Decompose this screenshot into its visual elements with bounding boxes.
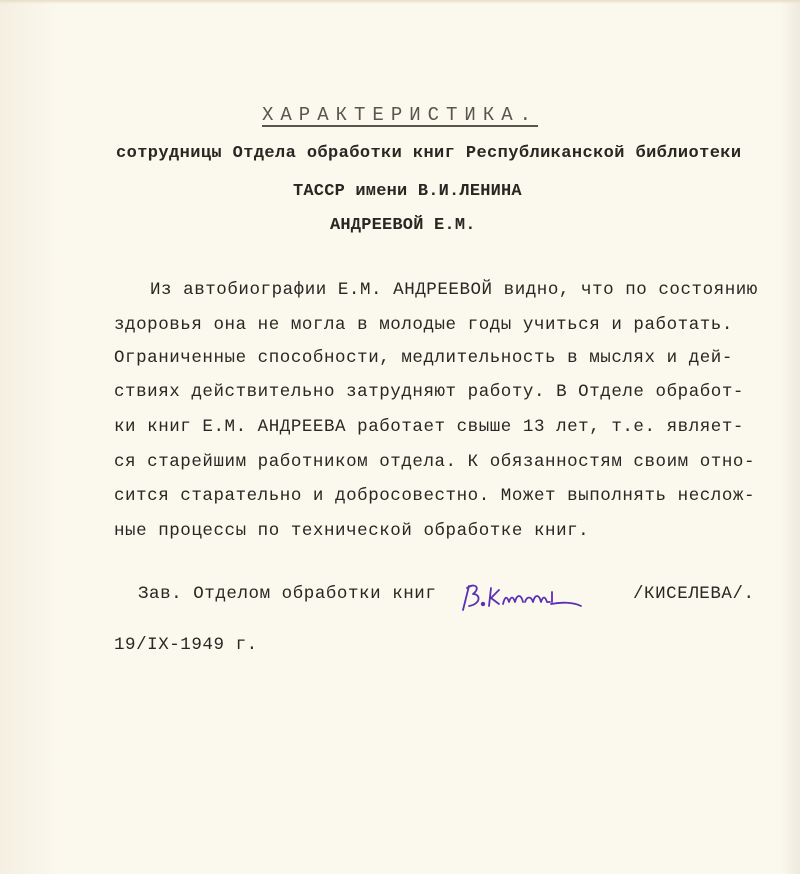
body-line: ствиях действительно затрудняют работу. … xyxy=(114,382,744,402)
body-line: Ограниченные способности, медлительность… xyxy=(114,348,733,368)
handwritten-signature-icon xyxy=(455,580,585,614)
subtitle-line-3: АНДРЕЕВОЙ Е.М. xyxy=(330,216,476,235)
body-line: ся старейшим работником отдела. К обязан… xyxy=(114,452,755,472)
body-line: здоровья она не могла в молодые годы учи… xyxy=(114,315,733,335)
signer-name: /КИСЕЛЕВА/. xyxy=(633,584,755,604)
body-line: ные процессы по технической обработке кн… xyxy=(114,521,589,541)
subtitle-line-1: сотрудницы Отдела обработки книг Республ… xyxy=(116,144,742,163)
document-page: ХАРАКТЕРИСТИКА. сотрудницы Отдела обрабо… xyxy=(0,0,800,874)
position-label: Зав. Отделом обработки книг xyxy=(138,584,436,604)
body-line: сится старательно и добросовестно. Может… xyxy=(114,486,755,506)
document-title: ХАРАКТЕРИСТИКА. xyxy=(262,104,538,126)
body-line: Из автобиографии Е.М. АНДРЕЕВОЙ видно, ч… xyxy=(150,280,758,300)
body-line: ки книг Е.М. АНДРЕЕВА работает свыше 13 … xyxy=(114,417,744,437)
document-date: 19/IX-1949 г. xyxy=(114,635,258,655)
subtitle-line-2: ТАССР имени В.И.ЛЕНИНА xyxy=(293,182,522,201)
